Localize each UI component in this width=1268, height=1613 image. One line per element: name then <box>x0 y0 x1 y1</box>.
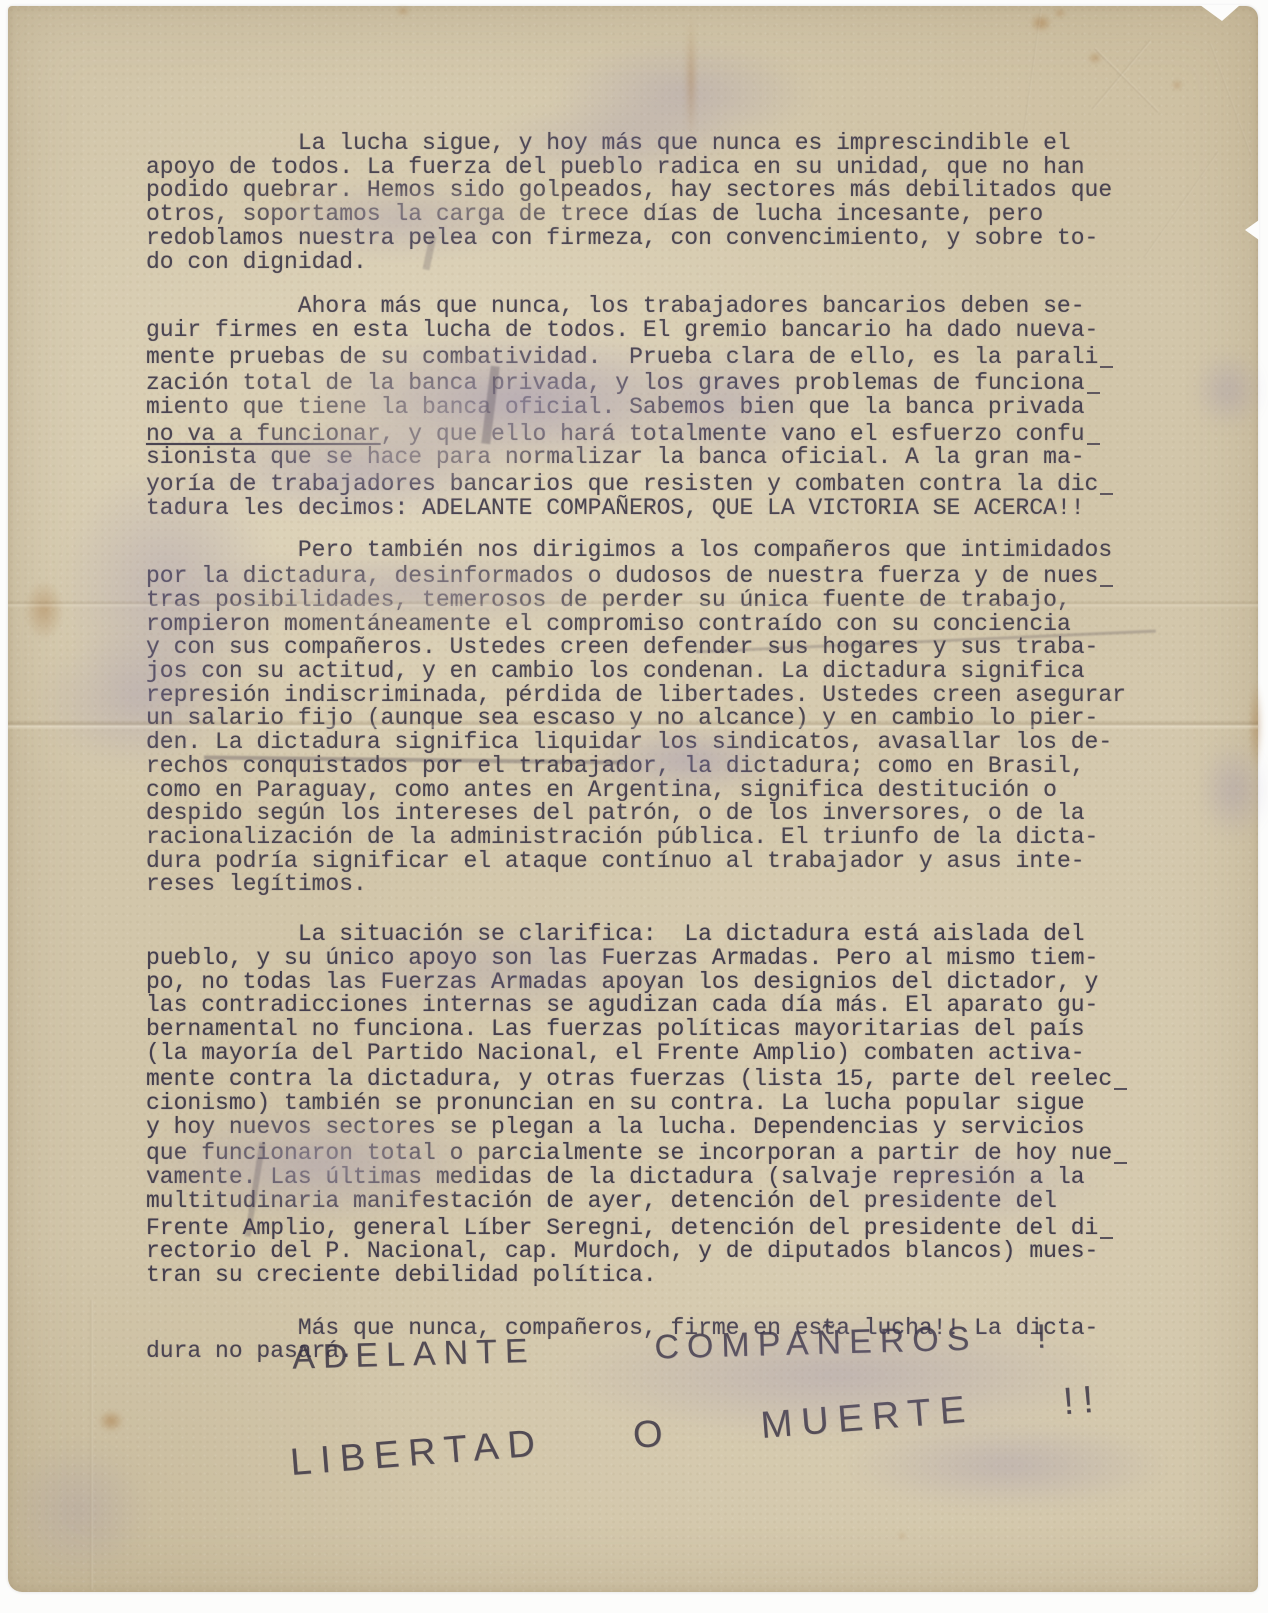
fox-stain <box>24 580 64 640</box>
document-line: rectorio del P. Nacional, cap. Murdoch, … <box>146 1240 1160 1264</box>
syllable-continuation-mark <box>1100 1219 1113 1239</box>
crumple-crease <box>1091 40 1151 111</box>
document-line: zación total de la banca privada, y los … <box>146 369 1160 396</box>
document-line: otros, soportamos la carga de trece días… <box>146 203 1160 227</box>
document-line: por la dictadura, desinformados o dudoso… <box>146 562 1160 589</box>
document-line: vamente. Las últimas medidas de la dicta… <box>146 1166 1160 1190</box>
fox-stain <box>1054 8 1066 18</box>
paragraph: Pero también nos dirigimos a los compañe… <box>146 539 1160 898</box>
syllable-continuation-mark <box>1087 425 1100 445</box>
fox-stain <box>396 6 410 16</box>
document-line: La situación se clarifica: La dictadura … <box>146 923 1160 947</box>
document-line: bernamental no funciona. Las fuerzas pol… <box>146 1018 1160 1042</box>
document-line: Pero también nos dirigimos a los compañe… <box>146 539 1160 563</box>
document-line: (la mayoría del Partido Nacional, el Fre… <box>146 1042 1160 1066</box>
syllable-continuation-mark <box>1100 475 1113 495</box>
document-line: cionismo) también se pronuncian en su co… <box>146 1092 1160 1116</box>
document-line: rechos conquistados por el trabajador, l… <box>146 755 1160 779</box>
scanned-document: La lucha sigue, y hoy más que nunca es i… <box>0 0 1268 1613</box>
document-line: yoría de trabajadores bancarios que resi… <box>146 470 1160 497</box>
document-line: rompieron momentáneamente el compromiso … <box>146 613 1160 637</box>
document-line: despido según los intereses del patrón, … <box>146 802 1160 826</box>
document-line: no va a funcionar, y que ello hará total… <box>146 420 1160 447</box>
paragraph: La situación se clarifica: La dictadura … <box>146 923 1160 1288</box>
document-line: Frente Amplio, general Líber Seregni, de… <box>146 1214 1160 1241</box>
document-line: po, no todas las Fuerzas Armadas apoyan … <box>146 971 1160 995</box>
paragraph: Ahora más que nunca, los trabajadores ba… <box>146 295 1160 520</box>
syllable-continuation-mark <box>1087 374 1100 394</box>
document-line: pueblo, y su único apoyo son las Fuerzas… <box>146 947 1160 971</box>
ink-stain <box>8 1440 148 1580</box>
typewritten-text: La lucha sigue, y hoy más que nunca es i… <box>146 132 1160 1364</box>
fold-crease <box>90 1300 93 1590</box>
document-line: miento que tiene la banca oficial. Sabem… <box>146 396 1160 420</box>
crumple-crease <box>1094 47 1160 113</box>
document-line: tadura les decimos: ADELANTE COMPAÑEROS,… <box>146 497 1160 521</box>
document-line: y con sus compañeros. Ustedes creen defe… <box>146 636 1160 660</box>
document-line: un salario fijo (aunque sea escaso y no … <box>146 707 1160 731</box>
syllable-continuation-mark <box>1100 348 1113 368</box>
document-line: apoyo de todos. La fuerza del pueblo rad… <box>146 156 1160 180</box>
document-line: represión indiscriminada, pérdida de lib… <box>146 684 1160 708</box>
ink-stain <box>1198 740 1268 840</box>
document-line: racionalización de la administración púb… <box>146 826 1160 850</box>
paragraph: La lucha sigue, y hoy más que nunca es i… <box>146 132 1160 274</box>
document-line: mente contra la dictadura, y otras fuerz… <box>146 1065 1160 1092</box>
fox-stain <box>98 1410 124 1432</box>
ink-stain <box>1193 350 1263 430</box>
document-line: y hoy nuevos sectores se plegan a la luc… <box>146 1116 1160 1140</box>
tear-notch <box>1245 220 1259 240</box>
fox-stain <box>1088 52 1102 64</box>
fox-stain <box>1172 80 1182 90</box>
handwritten-slogan-2: LIBERTAD O MUERTE !! <box>289 1378 1104 1485</box>
tear-notch <box>1200 5 1240 21</box>
document-line: tran su creciente debilidad política. <box>146 1264 1160 1288</box>
syllable-continuation-mark <box>1114 1070 1127 1090</box>
document-line: do con dignidad. <box>146 251 1160 275</box>
document-line: las contradicciones internas se agudizan… <box>146 994 1160 1018</box>
document-line: sionista que se hace para normalizar la … <box>146 446 1160 470</box>
document-line: mente pruebas de su combatividad. Prueba… <box>146 343 1160 370</box>
document-line: que funcionaron total o parcialmente se … <box>146 1139 1160 1166</box>
document-line: tras posibilidades, temerosos de perder … <box>146 589 1160 613</box>
document-page: La lucha sigue, y hoy más que nunca es i… <box>8 6 1258 1592</box>
document-line: como en Paraguay, como antes en Argentin… <box>146 779 1160 803</box>
crumple-crease <box>1210 43 1253 156</box>
fox-stain <box>1248 680 1264 770</box>
document-line: jos con su actitud, y en cambio los cond… <box>146 660 1160 684</box>
fox-stain <box>1030 14 1052 32</box>
document-line: den. La dictadura significa liquidar los… <box>146 731 1160 755</box>
document-line: multitudinaria manifestación de ayer, de… <box>146 1190 1160 1214</box>
document-line: Ahora más que nunca, los trabajadores ba… <box>146 295 1160 319</box>
fox-stain <box>898 1532 906 1540</box>
syllable-continuation-mark <box>1100 567 1113 587</box>
document-line: redoblamos nuestra pelea con firmeza, co… <box>146 227 1160 251</box>
document-line: podido quebrar. Hemos sido golpeados, ha… <box>146 179 1160 203</box>
document-line: La lucha sigue, y hoy más que nunca es i… <box>146 132 1160 156</box>
document-line: guir firmes en esta lucha de todos. El g… <box>146 319 1160 343</box>
fold-stain <box>686 14 696 144</box>
document-line: dura podría significar el ataque contínu… <box>146 850 1160 874</box>
syllable-continuation-mark <box>1114 1144 1127 1164</box>
document-line: reses legítimos. <box>146 873 1160 897</box>
